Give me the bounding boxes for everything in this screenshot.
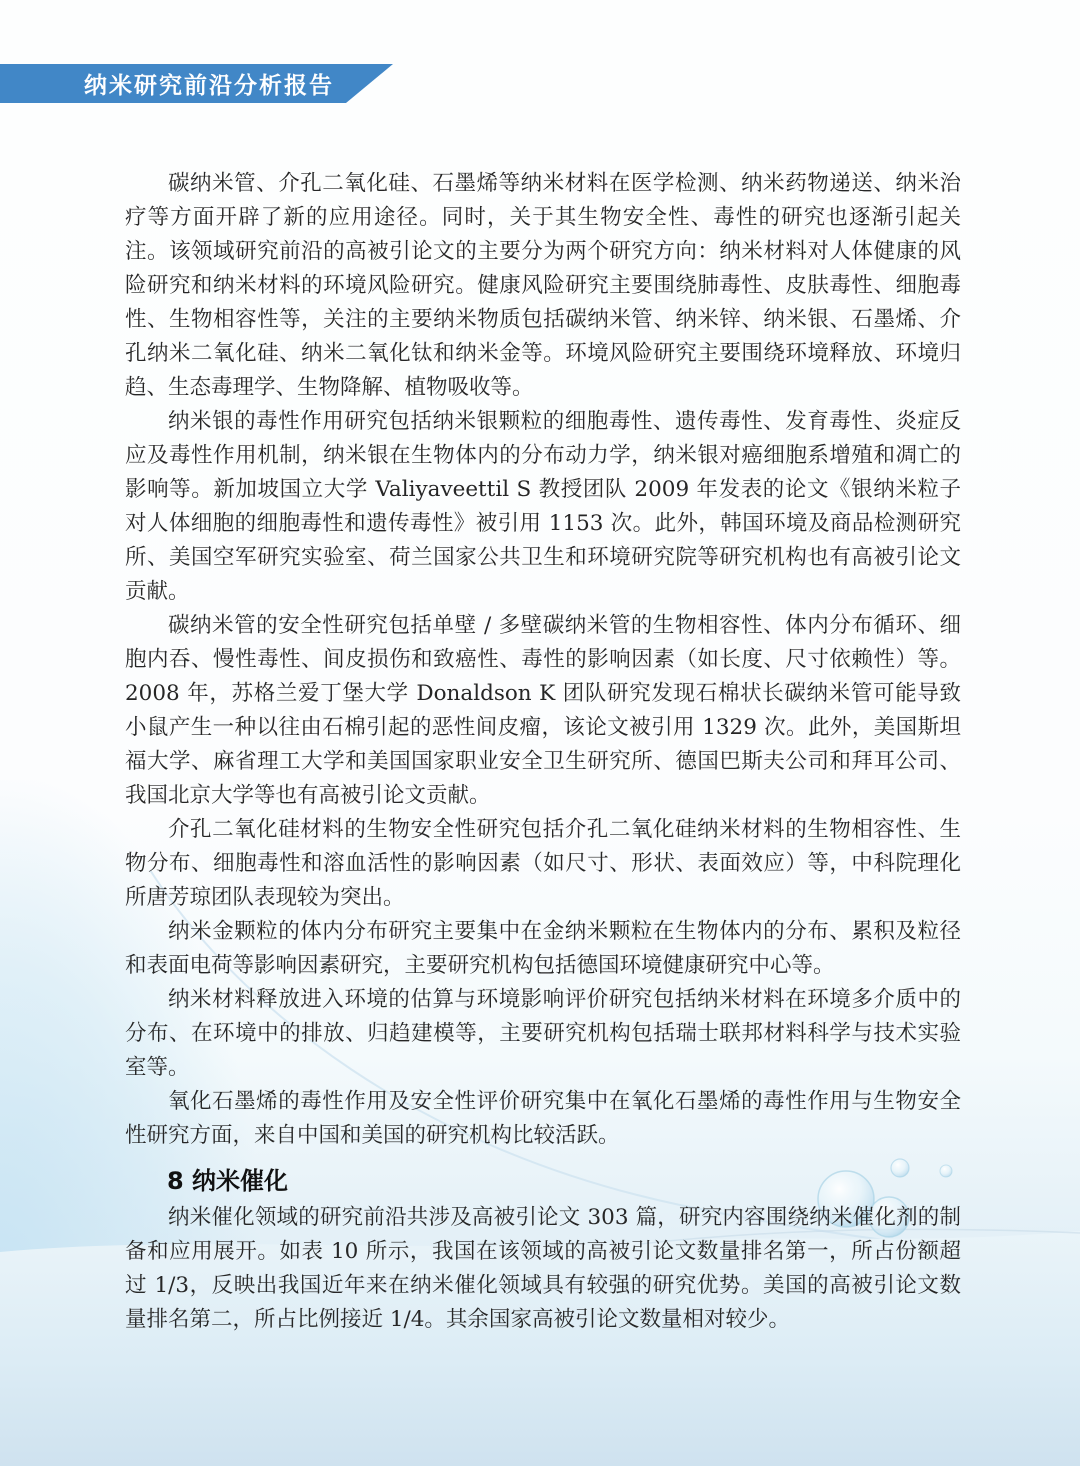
paragraph: 介孔二氧化硅材料的生物安全性研究包括介孔二氧化硅纳米材料的生物相容性、生物分布、… (125, 813, 961, 915)
intro-paragraphs: 碳纳米管、介孔二氧化硅、石墨烯等纳米材料在医学检测、纳米药物递送、纳米治疗等方面… (125, 167, 961, 1153)
document-body: 碳纳米管、介孔二氧化硅、石墨烯等纳米材料在医学检测、纳米药物递送、纳米治疗等方面… (125, 167, 961, 1337)
paragraph: 碳纳米管的安全性研究包括单壁 / 多壁碳纳米管的生物相容性、体内分布循环、细胞内… (125, 609, 961, 813)
report-page: 纳米研究前沿分析报告 碳纳米管、介孔二氧化硅、石墨烯等纳米材料在医学检测、纳米药… (0, 0, 1080, 1466)
paragraph: 碳纳米管、介孔二氧化硅、石墨烯等纳米材料在医学检测、纳米药物递送、纳米治疗等方面… (125, 167, 961, 405)
paragraph: 纳米金颗粒的体内分布研究主要集中在金纳米颗粒在生物体内的分布、累积及粒径和表面电… (125, 915, 961, 983)
page-header-banner: 纳米研究前沿分析报告 (0, 64, 393, 103)
section-heading-nano-catalysis: 8 纳米催化 (167, 1163, 961, 1199)
paragraph: 纳米材料释放进入环境的估算与环境影响评价研究包括纳米材料在环境多介质中的分布、在… (125, 983, 961, 1085)
paragraph: 纳米银的毒性作用研究包括纳米银颗粒的细胞毒性、遗传毒性、发育毒性、炎症反应及毒性… (125, 405, 961, 609)
paragraph: 氧化石墨烯的毒性作用及安全性评价研究集中在氧化石墨烯的毒性作用与生物安全性研究方… (125, 1085, 961, 1153)
page-title: 纳米研究前沿分析报告 (84, 67, 334, 100)
section-paragraphs: 纳米催化领域的研究前沿共涉及高被引论文 303 篇，研究内容围绕纳米催化剂的制备… (125, 1201, 961, 1337)
paragraph: 纳米催化领域的研究前沿共涉及高被引论文 303 篇，研究内容围绕纳米催化剂的制备… (125, 1201, 961, 1337)
